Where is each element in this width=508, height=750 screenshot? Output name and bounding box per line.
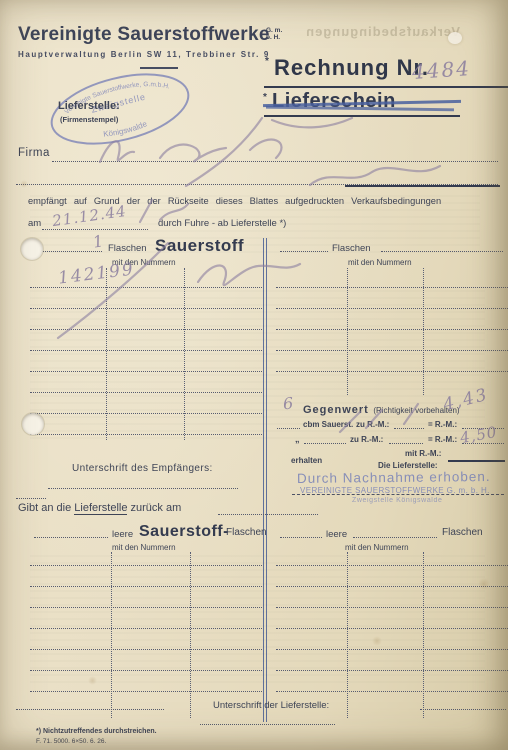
- pencil-scrawl-date-flourish: [140, 200, 188, 222]
- foxing-spot: [20, 180, 28, 188]
- foxing-spot: [478, 578, 490, 590]
- pencil-scrawl-firma-line2: [310, 166, 440, 185]
- foxing-spot: [88, 676, 97, 685]
- pencil-scrawl-firma-name: [160, 145, 226, 162]
- punch-hole: [22, 413, 44, 435]
- paper-fleck: [448, 32, 462, 44]
- pencil-scrawl-descender: [186, 118, 262, 186]
- pencil-scrawl-firma-name: [100, 141, 134, 162]
- pencil-scrawl-firma-name: [250, 140, 282, 158]
- foxing-spot: [372, 636, 382, 646]
- pencil-scrawl-row1-flourish: [198, 264, 300, 285]
- pencil-scrawl-table-diagonal: [58, 243, 168, 338]
- pencil-scrawl-gegenwert-slash: [404, 404, 418, 424]
- invoice-form-page: Verkaufsbedingungen Vereinigte Sauerstof…: [0, 0, 508, 750]
- pencil-scrawl-gegenwert-slash: [340, 410, 382, 432]
- pencil-scrawl-overlay: [0, 0, 508, 750]
- punch-hole: [21, 238, 43, 260]
- pencil-scrawl-lieferschein-tail: [272, 118, 352, 127]
